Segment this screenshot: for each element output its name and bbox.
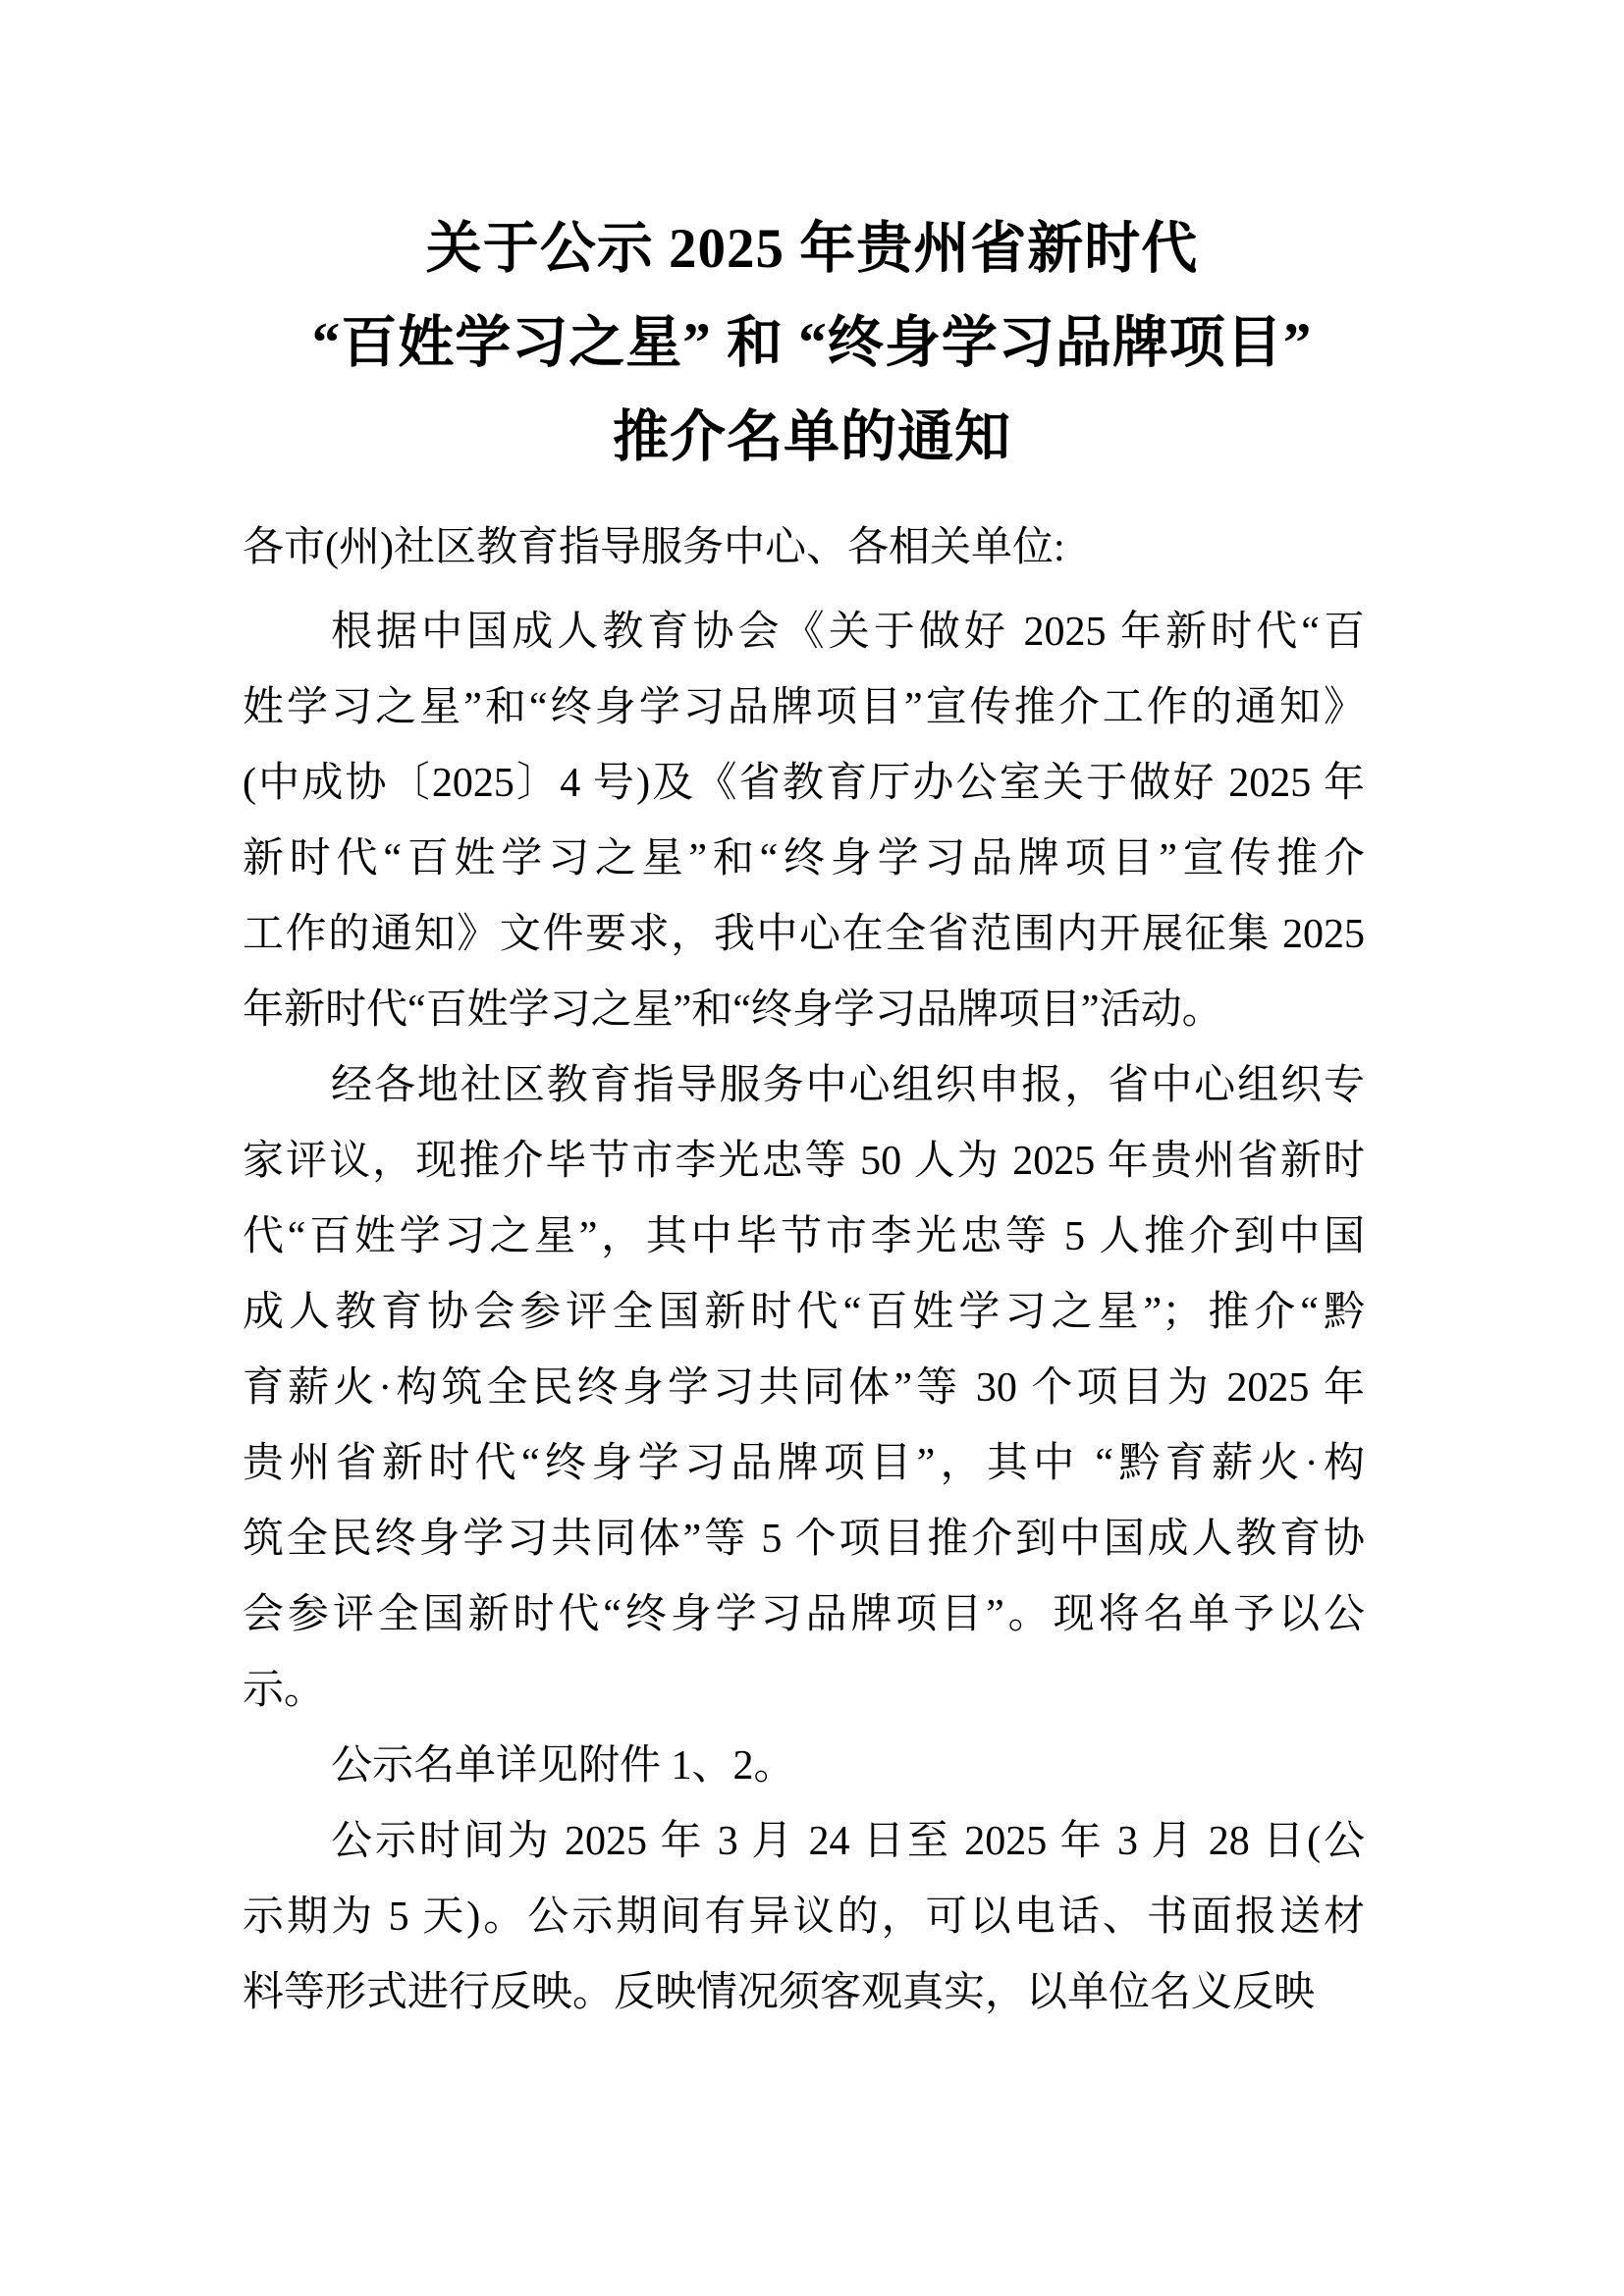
document-title: 关于公示 2025 年贵州省新时代 “百姓学习之星” 和 “终身学习品牌项目” … (0, 202, 1624, 485)
body-line: (中成协〔2025〕4 号)及《省教育厅办公室关于做好 2025 年 (243, 746, 1365, 822)
salutation: 各市(州)社区教育指导服务中心、各相关单位: (243, 510, 1365, 586)
body-line: 家评议，现推介毕节市李光忠等 50 人为 2025 年贵州省新时 (243, 1124, 1365, 1200)
document-page: 关于公示 2025 年贵州省新时代 “百姓学习之星” 和 “终身学习品牌项目” … (0, 0, 1624, 2296)
body-line: 筑全民终身学习共同体”等 5 个项目推介到中国成人教育协 (243, 1502, 1365, 1577)
body-line: 会参评全国新时代“终身学习品牌项目”。现将名单予以公 (243, 1577, 1365, 1653)
body-line: 育薪火·构筑全民终身学习共同体”等 30 个项目为 2025 年 (243, 1351, 1365, 1426)
body-line: 代“百姓学习之星”，其中毕节市李光忠等 5 人推介到中国 (243, 1200, 1365, 1275)
body-line: 贵州省新时代“终身学习品牌项目”，其中 “黔育薪火·构 (243, 1426, 1365, 1502)
body-line: 经各地社区教育指导服务中心组织申报，省中心组织专 (243, 1048, 1365, 1124)
body-line: 示期为 5 天)。公示期间有异议的，可以电话、书面报送材 (243, 1880, 1365, 1955)
body-line: 公示时间为 2025 年 3 月 24 日至 2025 年 3 月 28 日(公 (243, 1804, 1365, 1880)
title-line-3: 推介名单的通知 (0, 391, 1624, 485)
body-line: 料等形式进行反映。反映情况须客观真实，以单位名义反映 (243, 1955, 1365, 2031)
body-line: 示。 (243, 1653, 1365, 1729)
body-line: 新时代“百姓学习之星”和“终身学习品牌项目”宣传推介 (243, 822, 1365, 897)
document-body: 各市(州)社区教育指导服务中心、各相关单位: 根据中国成人教育协会《关于做好 2… (243, 510, 1365, 2031)
body-line: 工作的通知》文件要求，我中心在全省范围内开展征集 2025 (243, 897, 1365, 973)
title-line-1: 关于公示 2025 年贵州省新时代 (0, 202, 1624, 296)
body-line: 姓学习之星”和“终身学习品牌项目”宣传推介工作的通知》 (243, 670, 1365, 746)
body-line: 成人教育协会参评全国新时代“百姓学习之星”；推介“黔 (243, 1275, 1365, 1351)
body-line: 根据中国成人教育协会《关于做好 2025 年新时代“百 (243, 595, 1365, 670)
body-line: 公示名单详见附件 1、2。 (243, 1729, 1365, 1804)
body-line: 年新时代“百姓学习之星”和“终身学习品牌项目”活动。 (243, 973, 1365, 1048)
title-line-2: “百姓学习之星” 和 “终身学习品牌项目” (0, 296, 1624, 391)
